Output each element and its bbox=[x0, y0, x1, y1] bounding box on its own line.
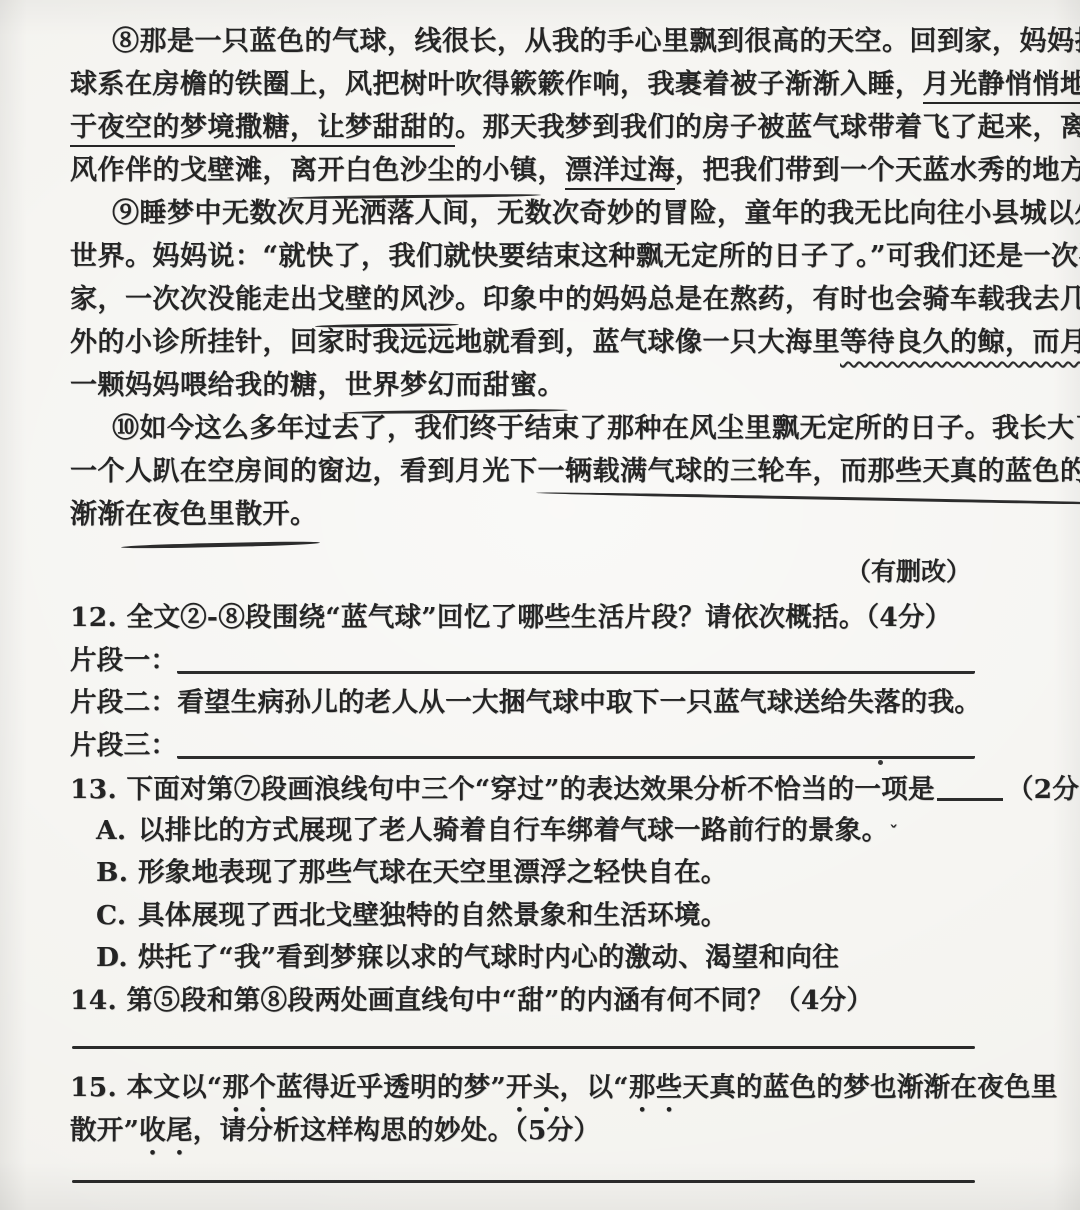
q12-filled2-label: 片段二： bbox=[70, 682, 177, 725]
q12-answer-blank-3 bbox=[177, 725, 975, 760]
passage-line: ⑩如今这么多年过去了，我们终于结束了那种在风尘里飘无定所的日子。我长大了， bbox=[70, 407, 975, 450]
question-text: 15. 本文以“ bbox=[70, 1072, 222, 1103]
q13-option-a: A.以排比的方式展现了老人骑着自行车绑着气球一路前行的景象。ˇ bbox=[70, 810, 975, 853]
option-text: 以排比的方式展现了老人骑着自行车绑着气球一路前行的景象。 bbox=[138, 815, 888, 846]
section-divider-bottom bbox=[72, 1180, 975, 1183]
passage-text: ，把我们带到一个天蓝水秀的地方去。 bbox=[675, 155, 1080, 186]
exam-page: ⑧那是一只蓝色的气球，线很长，从我的手心里飘到很高的天空。回到家，妈妈把气球系在… bbox=[0, 0, 1080, 1210]
passage-text: ， bbox=[538, 155, 566, 186]
questions-section: 12. 全文②-⑧段围绕“蓝气球”回忆了哪些生活片段？请依次概括。（4分） 片段… bbox=[70, 597, 975, 1183]
emphasized-text: 开头 bbox=[506, 1072, 560, 1103]
underlined-text: 月光静悄悄地给悬 bbox=[923, 69, 1080, 104]
attribution: （有删改） bbox=[70, 550, 975, 593]
passage-text: 渐渐 bbox=[70, 499, 125, 530]
passage-line: 世界。妈妈说：“就快了，我们就快要结束这种飘无定所的日子了。”可我们还是一次次搬 bbox=[70, 235, 975, 278]
emphasized-text: 那个 bbox=[222, 1072, 276, 1103]
passage-text: 一个人趴在空房间的窗边，看到月光下 bbox=[70, 456, 538, 487]
passage-text: 球系在房檐的铁圈上，风把树叶吹得簌簌作响，我裹着被子渐渐入睡， bbox=[70, 69, 923, 100]
passage-text: ⑨睡梦中无数次月光洒落人间，无数次奇妙的冒险，童年的我无比向往小县城以外的 bbox=[112, 198, 1080, 229]
question-text: 蓝得近乎透明的梦” bbox=[276, 1072, 506, 1103]
reading-passage: ⑧那是一只蓝色的气球，线很长，从我的手心里飘到很高的天空。回到家，妈妈把气球系在… bbox=[70, 20, 975, 536]
passage-line: 一颗妈妈喂给我的糖，世界梦幻而甜蜜。 bbox=[70, 364, 975, 407]
q12-blank3-label: 片段三： bbox=[70, 725, 177, 768]
section-divider-top bbox=[72, 1046, 975, 1049]
passage-text: 风作伴的戈壁滩， bbox=[70, 155, 290, 186]
q13-answer-blank bbox=[937, 770, 1003, 801]
passage-line: 风作伴的戈壁滩，离开白色沙尘的小镇，漂洋过海，把我们带到一个天蓝水秀的地方去。 bbox=[70, 149, 975, 192]
question-text: 散开” bbox=[70, 1115, 139, 1146]
passage-line: 球系在房檐的铁圈上，风把树叶吹得簌簌作响，我裹着被子渐渐入睡，月光静悄悄地给悬 bbox=[70, 63, 975, 106]
question-15: 15. 本文以“那个蓝得近乎透明的梦”开头，以“那些天真的蓝色的梦也渐渐在夜色里… bbox=[70, 1067, 975, 1152]
option-label: B. bbox=[96, 852, 138, 895]
emphasized-text: 收尾 bbox=[139, 1115, 193, 1146]
q13-option-d: D.烘托了“我”看到梦寐以求的气球时内心的激动、渴望和向往 bbox=[70, 937, 975, 980]
passage-line: 于夜空的梦境撒糖，让梦甜甜的。那天我梦到我们的房子被蓝气球带着飞了起来，离开大 bbox=[70, 106, 975, 149]
passage-line: 家，一次次没能走出戈壁的风沙。印象中的妈妈总是在熬药，有时也会骑车载我去几公里 bbox=[70, 278, 975, 321]
q12-filled2-text: 看望生病孙儿的老人从一大捆气球中取下一只蓝气球送给失落的我。 bbox=[177, 682, 981, 725]
underlined-text: 漂洋过海 bbox=[565, 155, 675, 190]
question-14-stem: 14. 第⑤段和第⑧段两处画直线句中“甜”的内涵有何不同？（4分） bbox=[70, 980, 975, 1023]
question-15-line-2: 散开”收尾，请分析这样构思的妙处。（5分） bbox=[70, 1110, 975, 1153]
underlined-text: 于夜空的梦境撒糖，让梦甜甜的 bbox=[70, 112, 455, 147]
question-15-line-1: 15. 本文以“那个蓝得近乎透明的梦”开头，以“那些天真的蓝色的梦也渐渐在夜色里 bbox=[70, 1067, 975, 1110]
question-12-stem: 12. 全文②-⑧段围绕“蓝气球”回忆了哪些生活片段？请依次概括。（4分） bbox=[70, 597, 975, 640]
q13-stem-text: 13. 下面对第⑦段画浪线句中三个“穿过”的表达效果分析不恰当的一项是 bbox=[70, 774, 935, 805]
stray-ink-dot bbox=[878, 760, 883, 765]
underlined-text: 戈壁的风沙 bbox=[318, 278, 456, 321]
underlined-text: 离开白色沙尘的小镇 bbox=[290, 149, 538, 192]
passage-text: 外的小诊所挂针，回家时我远远地就看到，蓝气球像一只大海里 bbox=[70, 327, 840, 358]
emphasized-text: 那些 bbox=[629, 1072, 683, 1103]
handwritten-check-mark: ˇ bbox=[889, 823, 898, 843]
passage-line: ⑨睡梦中无数次月光洒落人间，无数次奇妙的冒险，童年的我无比向往小县城以外的 bbox=[70, 192, 975, 235]
q12-filled-row-2: 片段二： 看望生病孙儿的老人从一大捆气球中取下一只蓝气球送给失落的我。 bbox=[70, 682, 975, 725]
passage-text: 。那天我梦到我们的房子被蓝气球带着飞了起来，离开大 bbox=[455, 112, 1080, 143]
underlined-text: 等待良久的鲸，而月亮像 bbox=[840, 327, 1080, 358]
underlined-text: 世界梦幻而甜蜜。 bbox=[345, 364, 565, 407]
passage-text: 一颗妈妈喂给我的糖， bbox=[70, 370, 345, 401]
underlined-text: 在夜色里散开。 bbox=[125, 493, 318, 536]
passage-line: ⑧那是一只蓝色的气球，线很长，从我的手心里飘到很高的天空。回到家，妈妈把气 bbox=[70, 20, 975, 63]
option-label: C. bbox=[96, 895, 138, 938]
q12-blank-row-1: 片段一： bbox=[70, 640, 975, 683]
question-text: ，以“ bbox=[560, 1072, 629, 1103]
q13-option-c: C.具体展现了西北戈壁独特的自然景象和生活环境。 bbox=[70, 895, 975, 938]
q13-option-b: B.形象地表现了那些气球在天空里漂浮之轻快自在。 bbox=[70, 852, 975, 895]
option-text: 烘托了“我”看到梦寐以求的气球时内心的激动、渴望和向往 bbox=[138, 942, 839, 973]
passage-text: 家，一次次没能走出 bbox=[70, 284, 318, 315]
question-text: ，请分析这样构思的妙处。（5分） bbox=[193, 1115, 601, 1146]
q12-blank-row-3: 片段三： bbox=[70, 725, 975, 768]
passage-line: 外的小诊所挂针，回家时我远远地就看到，蓝气球像一只大海里等待良久的鲸，而月亮像 bbox=[70, 321, 975, 364]
question-13-stem: 13. 下面对第⑦段画浪线句中三个“穿过”的表达效果分析不恰当的一项是（2分） bbox=[70, 767, 975, 810]
q12-blank1-label: 片段一： bbox=[70, 640, 177, 683]
q13-score: （2分） bbox=[1007, 774, 1080, 805]
option-text: 具体展现了西北戈壁独特的自然景象和生活环境。 bbox=[138, 900, 728, 931]
passage-text: ⑩如今这么多年过去了，我们终于结束了那种在风尘里飘无定所的日子。我长大了， bbox=[112, 413, 1080, 444]
underlined-text: 一辆载满气球的三轮车，而那些天真的蓝色的梦也 bbox=[538, 450, 1080, 493]
question-text: 天真的蓝色的梦也渐渐在夜色里 bbox=[682, 1072, 1057, 1103]
q12-answer-blank-1 bbox=[177, 640, 975, 675]
passage-line: 一个人趴在空房间的窗边，看到月光下一辆载满气球的三轮车，而那些天真的蓝色的梦也 bbox=[70, 450, 975, 493]
passage-text: ⑧那是一只蓝色的气球，线很长，从我的手心里飘到很高的天空。回到家，妈妈把气 bbox=[112, 26, 1080, 57]
option-label: D. bbox=[96, 937, 138, 980]
passage-text: 。印象中的妈妈总是在熬药，有时也会骑车载我去几公里 bbox=[455, 284, 1080, 315]
option-text: 形象地表现了那些气球在天空里漂浮之轻快自在。 bbox=[138, 857, 728, 888]
passage-text: 世界。妈妈说：“就快了，我们就快要结束这种飘无定所的日子了。”可我们还是一次次搬 bbox=[70, 241, 1080, 272]
q13-options: A.以排比的方式展现了老人骑着自行车绑着气球一路前行的景象。ˇB.形象地表现了那… bbox=[70, 810, 975, 980]
option-label: A. bbox=[96, 810, 138, 853]
